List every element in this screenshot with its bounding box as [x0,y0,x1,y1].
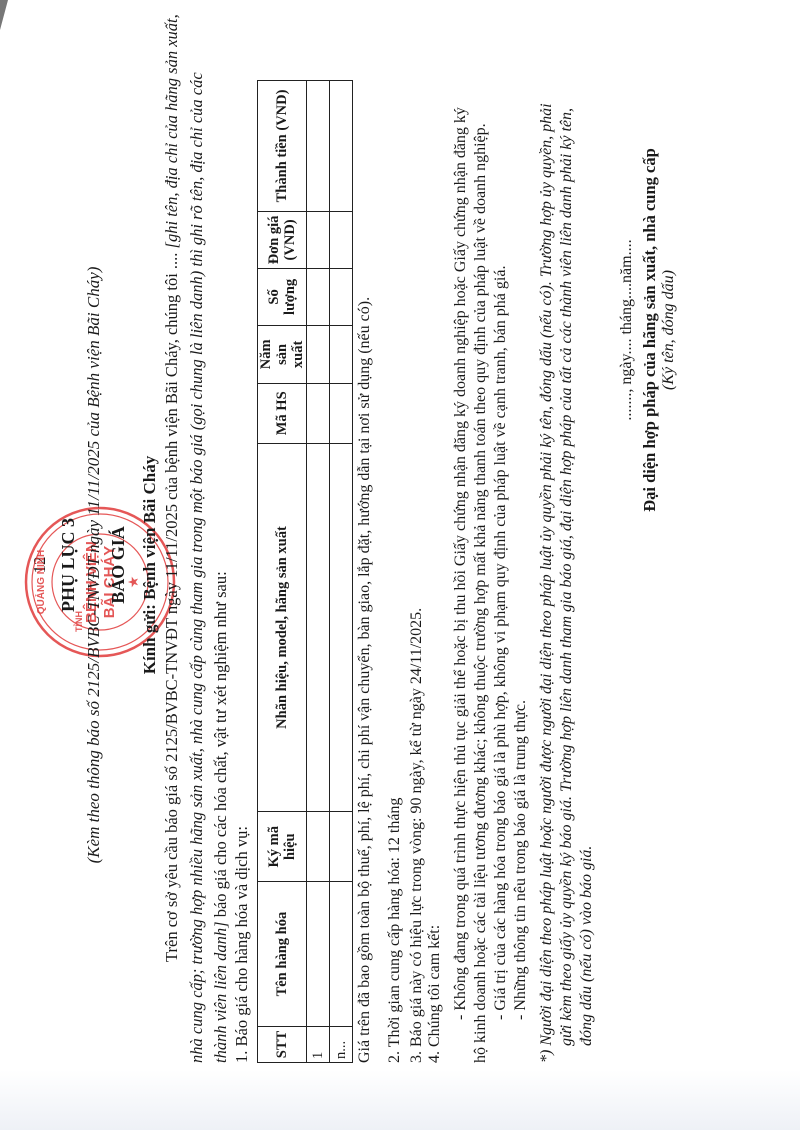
intro-italic-end: thành viên liên danh] [211,921,230,1063]
table-row: 1 [307,81,330,1063]
intro-line-1: Trên cơ sở yêu cầu báo giá số 2125/BVBC-… [162,14,182,962]
cell [330,383,353,443]
signature-title: Đại diện hợp pháp của hãng sản xuất, nhà… [640,30,660,630]
cell [307,812,330,882]
cell: 1 [307,1027,330,1063]
col-nam-san-xuat: Năm sản xuất [258,325,307,383]
signature-instruction: (Ký tên, đóng dấu) [660,30,678,630]
commitment-2: - Giá trị của các hàng hóa trong báo giá… [492,266,510,1020]
cell [330,443,353,811]
footnote-line-3: đóng dấu (nếu có) vào báo giá. [578,846,596,1046]
intro-text-end: báo giá cho các hóa chất, vật tư xét ngh… [211,571,230,921]
intro-italic: [ghi tên, địa chỉ của hãng sản xuất, [162,14,181,248]
col-ten-hang-hoa: Tên hàng hóa [258,882,307,1027]
scan-corner [0,0,8,30]
subtitle: (Kèm theo thông báo số 2125/BVBC-TNVĐT n… [84,0,104,1130]
cell [307,383,330,443]
section-1: 1. Báo giá cho hàng hóa và dịch vụ: [232,826,252,1063]
cell [330,268,353,325]
table-row: n... [330,81,353,1063]
section-3: 3. Báo giá này có hiệu lực trong vòng: 9… [408,608,426,1063]
footnote-line-2: gửi kèm theo giấy ủy quyền ký báo giá. T… [558,108,576,1046]
col-stt: STT [258,1027,307,1063]
col-don-gia: Đơn giá (VND) [258,211,307,268]
footnote-line-1: *) Người đại diện theo pháp luật hoặc ng… [538,103,556,1063]
addressee: Kính gửi: Bệnh viện Bãi Cháy [140,0,160,1130]
col-nhan-hieu: Nhãn hiệu, model, hãng sản xuất [258,443,307,811]
cell [307,325,330,383]
appendix-title: PHỤ LỤC 3 [58,0,79,1130]
intro-line-3: thành viên liên danh] báo giá cho các hó… [211,571,231,1063]
cell [330,325,353,383]
quote-heading: BÁO GIÁ [108,0,129,1130]
commitment-1-line-2: hộ kinh doanh hoặc các tài liệu tương đư… [472,123,490,1063]
cell [307,81,330,212]
cell [307,268,330,325]
commitment-1-line-1: - Không đang trong quá trình thực hiện t… [452,107,470,1020]
cell [307,882,330,1027]
col-thanh-tien: Thành tiền (VND) [258,81,307,212]
cell [330,812,353,882]
cell [307,211,330,268]
table-header-row: STT Tên hàng hóa Ký mã hiệu Nhãn hiệu, m… [258,81,307,1063]
quote-table: STT Tên hàng hóa Ký mã hiệu Nhãn hiệu, m… [257,80,353,1063]
intro-text: Trên cơ sở yêu cầu báo giá số 2125/BVBC-… [162,248,181,962]
cell: n... [330,1027,353,1063]
intro-line-2: nhà cung cấp; trường hợp nhiều hãng sản … [187,72,207,1063]
cell [330,211,353,268]
cell [307,443,330,811]
commitment-3: - Những thông tin nêu trong báo giá là t… [512,700,530,1020]
signature-date-line: ......., ngày.... tháng....năm.... [618,30,636,630]
rotated-document-page: 12 QUẢNG NINH TỈNH BỆNH VIỆN BÃI CHÁY ★ … [0,0,800,1130]
stamp-top-text: QUẢNG NINH [34,550,47,614]
cell [330,81,353,212]
col-ky-ma-hieu: Ký mã hiệu [258,812,307,882]
section-2: 2. Thời gian cung cấp hàng hóa: 12 tháng [386,798,404,1063]
col-so-luong: Số lượng [258,268,307,325]
col-ma-hs: Mã HS [258,383,307,443]
section-4: 4. Chúng tôi cam kết: [426,925,444,1063]
cell [330,882,353,1027]
price-note: Giá trên đã bao gồm toàn bộ thuế, phí, l… [356,297,374,1063]
